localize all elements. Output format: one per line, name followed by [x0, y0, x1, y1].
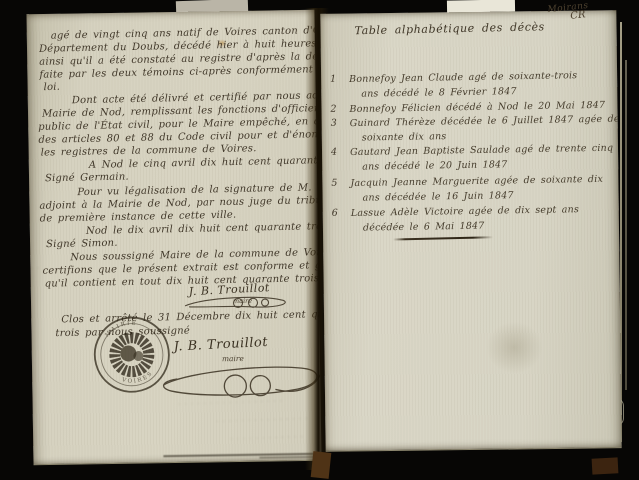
manuscript-line: A Nod le cinq avril dix huit cent quaran… — [89, 155, 322, 171]
entry-line: Gautard Jean Baptiste Saulade agé de tre… — [350, 143, 613, 158]
binding-leather — [592, 457, 619, 474]
signature-trouillot-2: J. B. Trouillot — [173, 335, 268, 355]
bleed-through-text: · · · · · · · · · — [26, 264, 39, 277]
manuscript-line: loi. — [44, 82, 61, 93]
manuscript-line: de première instance de cette ville. — [40, 210, 237, 225]
entry-number: 1 — [330, 74, 336, 85]
entry-number: 6 — [332, 208, 338, 219]
right-index-page: Table alphabétique des décès 1Bonnefoy J… — [320, 10, 621, 452]
entry-line: Bonnefoy Félicien décédé à Nod le 20 Mai… — [349, 100, 605, 115]
entry-number: 4 — [331, 147, 337, 158]
left-manuscript-page: · · · · · · · · · · · · · · · · · · · · … — [26, 10, 321, 465]
entry-line: décédée le 6 Mai 1847 — [363, 221, 485, 234]
manuscript-line: Signé Simon. — [46, 238, 118, 250]
death-index-list: 1Bonnefoy Jean Claude agé de soixante-tr… — [321, 40, 622, 451]
manuscript-line: Nod le dix avril dix huit cent quarante … — [86, 221, 322, 237]
scanned-register-spread: · · · · · · · · · · · · · · · · · · · · … — [0, 0, 639, 480]
entry-number: 3 — [331, 118, 337, 129]
signature-flourish-icon — [181, 292, 291, 314]
manuscript-line: Signé Germain. — [45, 172, 129, 185]
entry-line: ans décédé le 8 Février 1847 — [361, 86, 517, 100]
bleed-through-text: · · · · · · · · · · · · · · · — [88, 414, 308, 432]
entry-line: ans décédé le 20 Juin 1847 — [362, 159, 507, 172]
table-title: Table alphabétique des décès — [354, 20, 545, 37]
manuscript-text-block: agé de vingt cinq ans natif de Voires ca… — [26, 10, 314, 15]
entry-line: ans décédée le 16 Juin 1847 — [363, 190, 514, 204]
entry-number: 5 — [331, 178, 337, 189]
entry-line: Lassue Adèle Victoire agée de dix sept a… — [351, 204, 579, 219]
entry-number: 2 — [330, 104, 336, 115]
signature-flourish-icon — [157, 355, 322, 410]
entry-line: Bonnefoy Jean Claude agé de soixante-tro… — [349, 70, 577, 85]
entry-line: Jacquin Jeanne Marguerite agée de soixan… — [350, 174, 603, 189]
bleed-through-text: · · · · · · · · · · · · — [103, 432, 303, 450]
entry-line: soixante dix ans — [362, 131, 447, 143]
stacked-pages-edge — [625, 60, 627, 390]
binding-leather — [311, 451, 332, 479]
entry-line: Guinard Thérèze décédée le 6 Juillet 184… — [350, 114, 620, 129]
